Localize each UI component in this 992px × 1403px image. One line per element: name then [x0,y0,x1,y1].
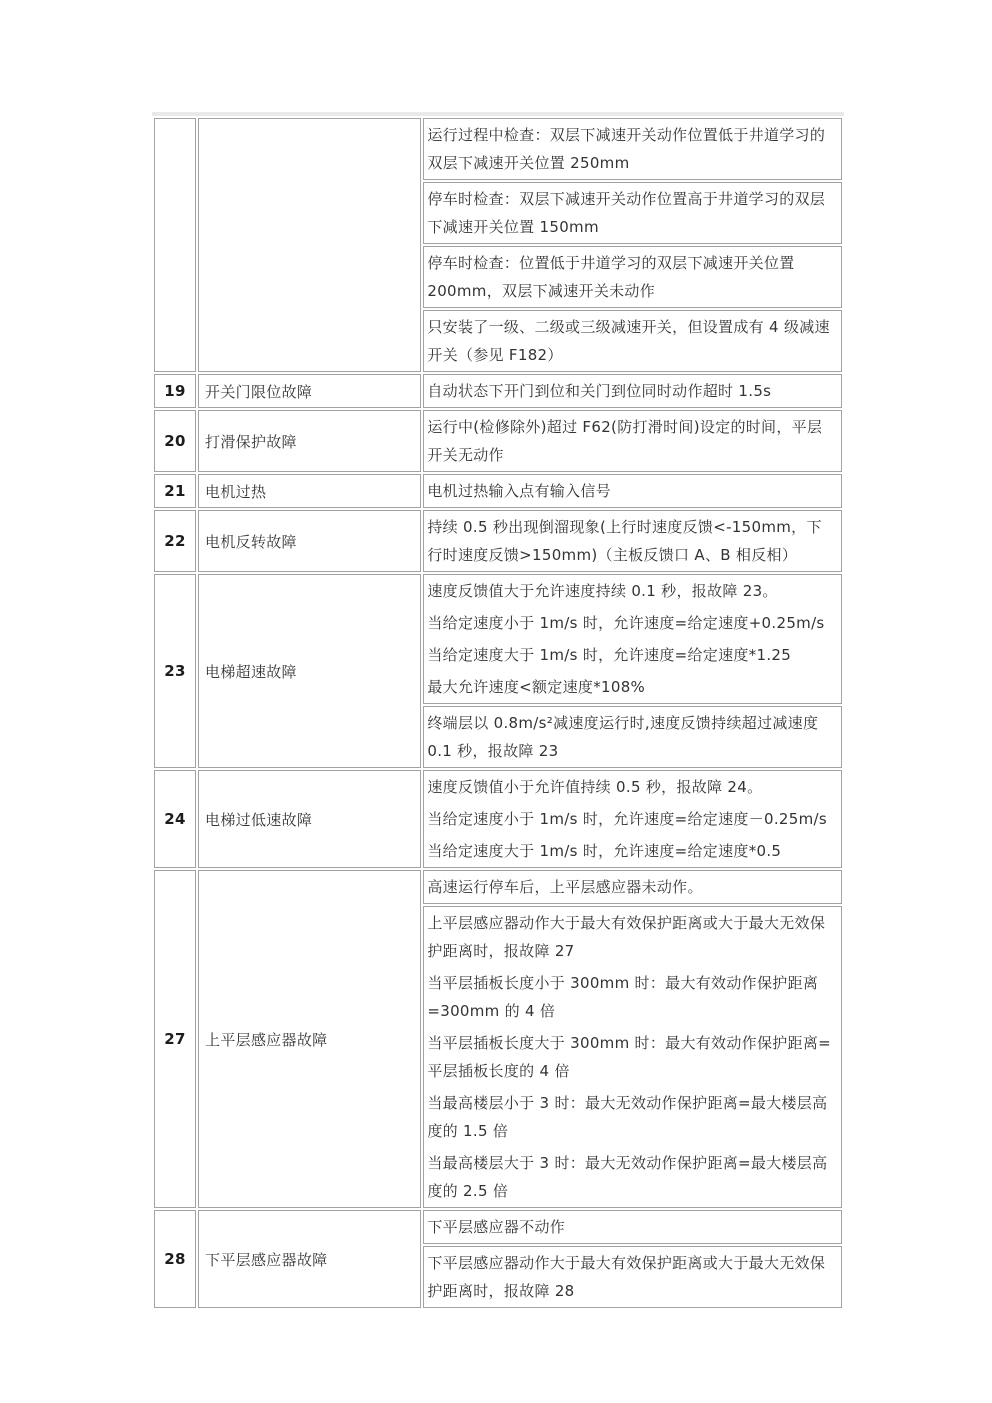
description-paragraph: 持续 0.5 秒出现倒溜现象(上行时速度反馈<-150mm，下行时速度反馈>15… [427,513,837,569]
table-row: 运行过程中检查：双层下减速开关动作位置低于井道学习的双层下减速开关位置 250m… [154,118,842,180]
fault-name-cell: 电机过热 [198,474,421,508]
fault-code-cell: 27 [154,870,196,1208]
description-paragraph: 当平层插板长度小于 300mm 时：最大有效动作保护距离=300mm 的 4 倍 [427,969,837,1025]
description-paragraph: 当给定速度大于 1m/s 时，允许速度=给定速度*0.5 [427,837,837,865]
table-row: 19开关门限位故障自动状态下开门到位和关门到位同时动作超时 1.5s [154,374,842,408]
description-paragraph: 当最高楼层小于 3 时：最大无效动作保护距离=最大楼层高度的 1.5 倍 [427,1089,837,1145]
fault-name-cell: 上平层感应器故障 [198,870,421,1208]
description-paragraph: 下平层感应器动作大于最大有效保护距离或大于最大无效保护距离时，报故障 28 [427,1249,837,1305]
fault-code-table: 运行过程中检查：双层下减速开关动作位置低于井道学习的双层下减速开关位置 250m… [152,116,844,1310]
fault-name-cell: 电机反转故障 [198,510,421,572]
fault-code-cell: 28 [154,1210,196,1308]
table-row: 24电梯过低速故障速度反馈值小于允许值持续 0.5 秒，报故障 24。当给定速度… [154,770,842,868]
fault-description-cell: 上平层感应器动作大于最大有效保护距离或大于最大无效保护距离时，报故障 27当平层… [423,906,842,1208]
fault-description-cell: 运行中(检修除外)超过 F62(防打滑时间)设定的时间，平层开关无动作 [423,410,842,472]
fault-description-cell: 运行过程中检查：双层下减速开关动作位置低于井道学习的双层下减速开关位置 250m… [423,118,842,180]
description-paragraph: 终端层以 0.8m/s²减速度运行时,速度反馈持续超过减速度 0.1 秒，报故障… [427,709,837,765]
description-paragraph: 速度反馈值小于允许值持续 0.5 秒，报故障 24。 [427,773,837,801]
table-row: 23电梯超速故障速度反馈值大于允许速度持续 0.1 秒，报故障 23。当给定速度… [154,574,842,704]
description-paragraph: 停车时检查：双层下减速开关动作位置高于井道学习的双层下减速开关位置 150mm [427,185,837,241]
fault-name-cell: 打滑保护故障 [198,410,421,472]
description-paragraph: 运行中(检修除外)超过 F62(防打滑时间)设定的时间，平层开关无动作 [427,413,837,469]
table-row: 21电机过热电机过热输入点有输入信号 [154,474,842,508]
fault-description-cell: 停车时检查：双层下减速开关动作位置高于井道学习的双层下减速开关位置 150mm [423,182,842,244]
table-row: 27上平层感应器故障高速运行停车后，上平层感应器未动作。 [154,870,842,904]
description-paragraph: 当最高楼层大于 3 时：最大无效动作保护距离=最大楼层高度的 2.5 倍 [427,1149,837,1205]
table-row: 28下平层感应器故障下平层感应器不动作 [154,1210,842,1244]
fault-description-cell: 速度反馈值大于允许速度持续 0.1 秒，报故障 23。当给定速度小于 1m/s … [423,574,842,704]
fault-code-cell: 24 [154,770,196,868]
description-paragraph: 当给定速度大于 1m/s 时，允许速度=给定速度*1.25 [427,641,837,669]
fault-name-cell: 下平层感应器故障 [198,1210,421,1308]
fault-table-body: 运行过程中检查：双层下减速开关动作位置低于井道学习的双层下减速开关位置 250m… [154,118,842,1308]
fault-description-cell: 速度反馈值小于允许值持续 0.5 秒，报故障 24。当给定速度小于 1m/s 时… [423,770,842,868]
fault-description-cell: 终端层以 0.8m/s²减速度运行时,速度反馈持续超过减速度 0.1 秒，报故障… [423,706,842,768]
fault-description-cell: 只安装了一级、二级或三级减速开关，但设置成有 4 级减速开关（参见 F182） [423,310,842,372]
fault-description-cell: 下平层感应器动作大于最大有效保护距离或大于最大无效保护距离时，报故障 28 [423,1246,842,1308]
description-paragraph: 当给定速度小于 1m/s 时，允许速度=给定速度－0.25m/s [427,805,837,833]
description-paragraph: 下平层感应器不动作 [427,1213,837,1241]
fault-code-cell: 19 [154,374,196,408]
description-paragraph: 速度反馈值大于允许速度持续 0.1 秒，报故障 23。 [427,577,837,605]
table-row: 22电机反转故障持续 0.5 秒出现倒溜现象(上行时速度反馈<-150mm，下行… [154,510,842,572]
fault-name-cell: 电梯过低速故障 [198,770,421,868]
fault-code-cell: 23 [154,574,196,768]
fault-description-cell: 高速运行停车后，上平层感应器未动作。 [423,870,842,904]
description-paragraph: 电机过热输入点有输入信号 [427,477,837,505]
description-paragraph: 上平层感应器动作大于最大有效保护距离或大于最大无效保护距离时，报故障 27 [427,909,837,965]
description-paragraph: 停车时检查：位置低于井道学习的双层下减速开关位置 200mm，双层下减速开关未动… [427,249,837,305]
fault-name-cell: 开关门限位故障 [198,374,421,408]
description-paragraph: 只安装了一级、二级或三级减速开关，但设置成有 4 级减速开关（参见 F182） [427,313,837,369]
fault-description-cell: 自动状态下开门到位和关门到位同时动作超时 1.5s [423,374,842,408]
description-paragraph: 运行过程中检查：双层下减速开关动作位置低于井道学习的双层下减速开关位置 250m… [427,121,837,177]
fault-name-cell [198,118,421,372]
fault-code-cell: 22 [154,510,196,572]
description-paragraph: 当给定速度小于 1m/s 时，允许速度=给定速度+0.25m/s [427,609,837,637]
fault-code-table-area: 运行过程中检查：双层下减速开关动作位置低于井道学习的双层下减速开关位置 250m… [152,112,844,1310]
description-paragraph: 当平层插板长度大于 300mm 时：最大有效动作保护距离=平层插板长度的 4 倍 [427,1029,837,1085]
fault-code-cell: 20 [154,410,196,472]
fault-name-cell: 电梯超速故障 [198,574,421,768]
document-page: 运行过程中检查：双层下减速开关动作位置低于井道学习的双层下减速开关位置 250m… [0,0,992,1403]
fault-code-cell [154,118,196,372]
fault-description-cell: 下平层感应器不动作 [423,1210,842,1244]
description-paragraph: 自动状态下开门到位和关门到位同时动作超时 1.5s [427,377,837,405]
description-paragraph: 最大允许速度<额定速度*108% [427,673,837,701]
fault-code-cell: 21 [154,474,196,508]
fault-description-cell: 持续 0.5 秒出现倒溜现象(上行时速度反馈<-150mm，下行时速度反馈>15… [423,510,842,572]
fault-description-cell: 电机过热输入点有输入信号 [423,474,842,508]
fault-description-cell: 停车时检查：位置低于井道学习的双层下减速开关位置 200mm，双层下减速开关未动… [423,246,842,308]
description-paragraph: 高速运行停车后，上平层感应器未动作。 [427,873,837,901]
table-row: 20打滑保护故障运行中(检修除外)超过 F62(防打滑时间)设定的时间，平层开关… [154,410,842,472]
